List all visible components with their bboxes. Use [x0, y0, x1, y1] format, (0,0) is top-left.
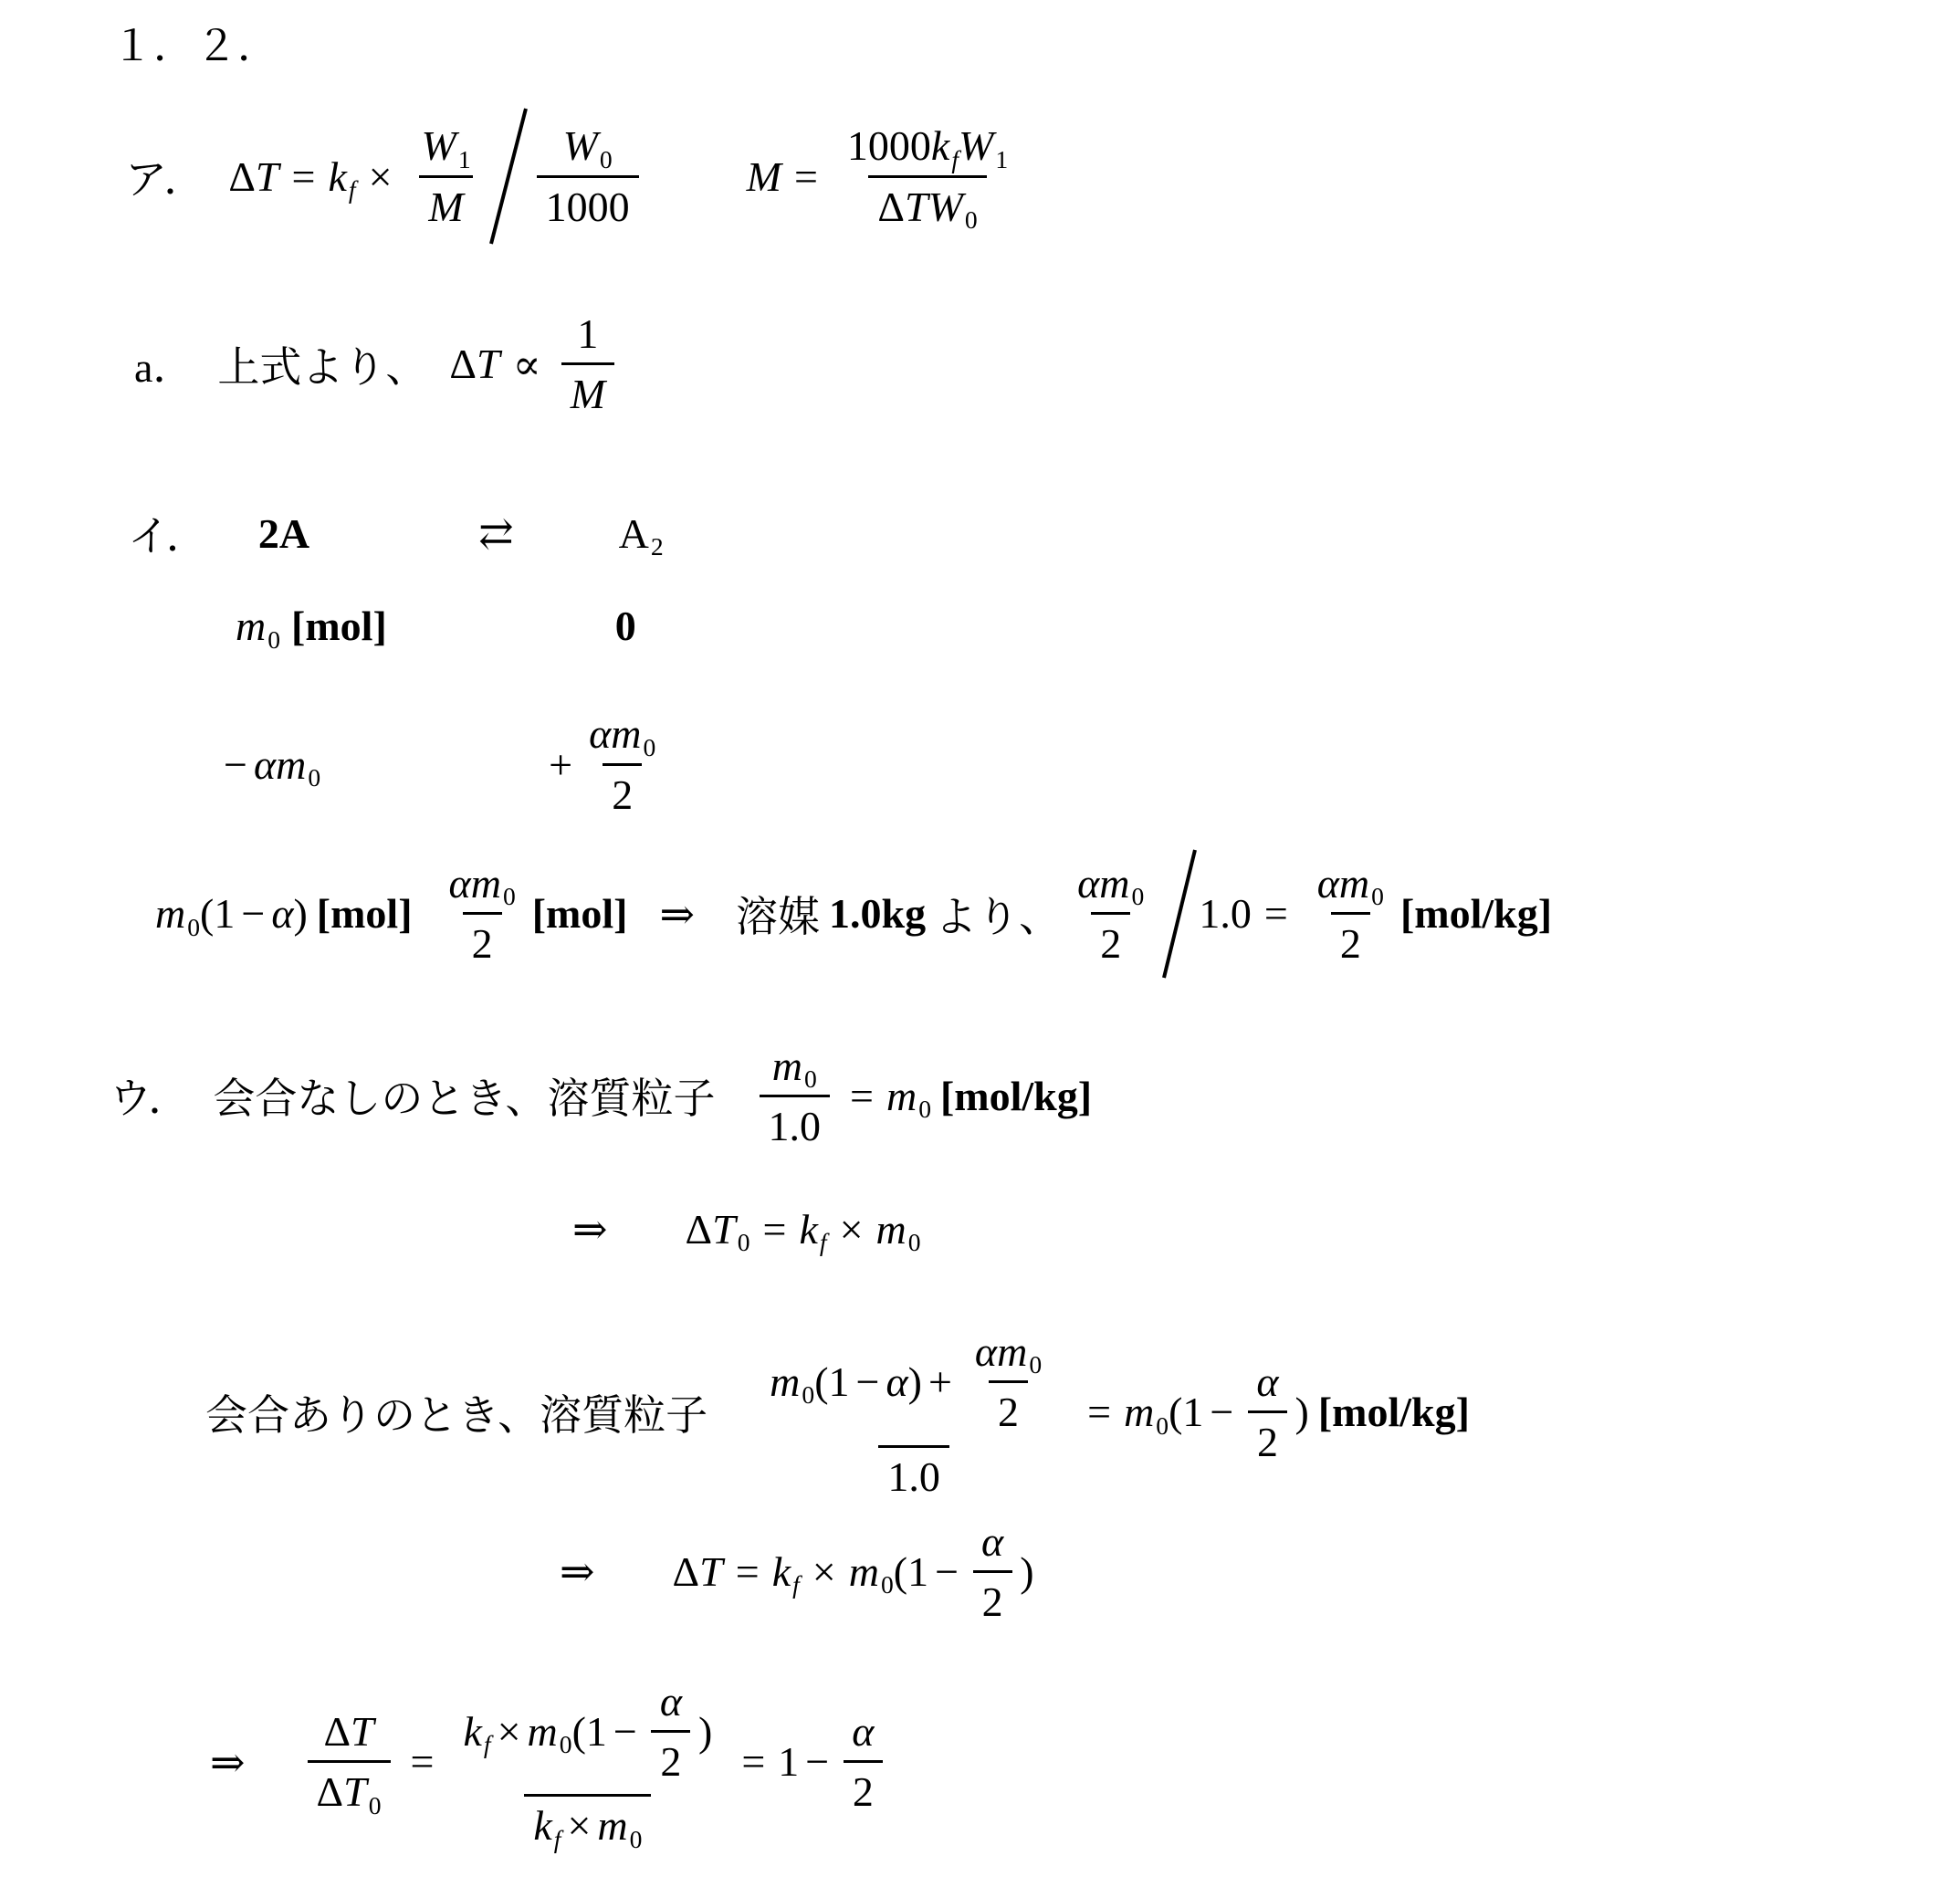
jp-with-association-text: 会合ありのとき、溶質粒子 — [205, 1382, 707, 1442]
var-M: M — [428, 182, 463, 232]
fraction-ratio-expression: kf × m0 (1− α 2 ) kf × m0 — [454, 1669, 721, 1855]
fraction-alpha-m0-over-2: αm0 2 — [580, 705, 665, 823]
implies-arrow: ⇒ — [560, 1547, 595, 1596]
number-zero: 0 — [615, 602, 636, 650]
times-sign: × — [840, 1205, 864, 1253]
number-2: 2 — [472, 918, 493, 969]
equals-sign: = — [1087, 1388, 1111, 1436]
fraction-1000kfW1-over-dTW0: 1000 kf W1 ΔT W0 — [838, 117, 1017, 235]
section-numbers: １．２． — [111, 13, 279, 73]
fraction-alpha-m0-over-2: αm0 2 — [1068, 855, 1153, 972]
initial-amounts-line: m0 [mol] 0 — [0, 602, 1960, 650]
var-kf: kf — [799, 1205, 826, 1253]
jp-solvent-text: 溶媒 — [736, 884, 820, 944]
reaction-header-line: イ． 2A ⇄ A2 — [0, 503, 1960, 563]
var-W1: W1 — [422, 121, 471, 171]
var-kf: kf — [328, 152, 355, 201]
var-m0: m0 — [236, 602, 280, 650]
implies-arrow: ⇒ — [572, 1204, 608, 1253]
unit-mol-per-kg: [mol/kg] — [1400, 889, 1552, 938]
item-label-small-a: a． — [134, 334, 194, 394]
var-W0: W0 — [563, 121, 613, 171]
var-delta-T0: ΔT0 — [686, 1205, 750, 1253]
var-delta-T: ΔT — [449, 340, 499, 388]
fraction-1-over-M: 1 M — [561, 305, 614, 423]
header-line: １．２． — [0, 13, 1960, 73]
equals-sign: = — [741, 1737, 765, 1786]
var-alpha: α — [1256, 1357, 1278, 1407]
close-paren: ) — [698, 1706, 712, 1756]
var-m0: m0 — [886, 1072, 931, 1120]
division-slash — [487, 104, 529, 248]
var-delta-T0: ΔT0 — [317, 1767, 382, 1817]
item-label-a: ア． — [125, 146, 205, 206]
number-2: 2 — [1340, 918, 1361, 969]
times-sign: × — [567, 1800, 591, 1851]
result-no-association-line: ⇒ ΔT0 = kf × m0 — [0, 1204, 1960, 1253]
times-sign: × — [369, 152, 393, 201]
var-delta-T: ΔT — [877, 182, 928, 232]
close-paren: ) — [1020, 1547, 1033, 1596]
equals-sign: = — [850, 1072, 874, 1120]
item-label-u: ウ． — [110, 1065, 190, 1126]
implies-arrow: ⇒ — [659, 889, 695, 938]
var-alpha-m0: αm0 — [449, 858, 516, 908]
minus-sign: − — [805, 1737, 829, 1786]
var-M: M — [747, 152, 781, 201]
proportional-sign: ∝ — [513, 340, 541, 389]
var-m0: m0 — [849, 1547, 894, 1596]
fraction-W1-over-M: W1 M — [413, 117, 480, 235]
times-sign: × — [812, 1547, 836, 1596]
species-2A: 2A — [258, 509, 309, 558]
group-one-minus-alpha: (1−α) — [814, 1357, 922, 1407]
fraction-dT-over-dT0: ΔT ΔT0 — [308, 1703, 391, 1820]
fraction-alpha-over-2: α 2 — [651, 1673, 691, 1790]
formula-line-u: ウ． 会合なしのとき、溶質粒子 m0 1.0 = m0 [mol/kg] — [0, 1037, 1960, 1155]
equals-sign: = — [292, 152, 316, 201]
result-association-line: ⇒ ΔT = kf × m0 (1− α 2 ) — [0, 1513, 1960, 1631]
equals-sign: = — [411, 1737, 435, 1786]
var-M: M — [571, 369, 605, 419]
close-paren: ) — [1295, 1388, 1309, 1436]
fraction-alpha-over-2: α 2 — [1247, 1353, 1287, 1471]
var-m0: m0 — [597, 1800, 642, 1851]
equals-sign: = — [736, 1547, 760, 1596]
number-2: 2 — [853, 1767, 874, 1817]
equilibrium-arrow: ⇄ — [478, 509, 514, 558]
implies-arrow: ⇒ — [210, 1737, 246, 1787]
unit-mol: [mol] — [317, 889, 413, 938]
number-2: 2 — [612, 770, 633, 820]
number-1-0: 1.0 — [1199, 889, 1252, 938]
var-m0: m0 — [1124, 1388, 1169, 1436]
number-2: 2 — [660, 1736, 681, 1787]
fraction-m0-over-1-0: m0 1.0 — [760, 1037, 831, 1155]
item-label-i: イ． — [128, 503, 208, 563]
fraction-alpha-m0-over-2: αm0 2 — [966, 1323, 1051, 1441]
number-2: 2 — [1100, 918, 1121, 969]
group-open-one-minus: (1− — [1169, 1388, 1240, 1436]
var-m0: m0 — [772, 1041, 817, 1091]
change-amounts-line: − αm0 + αm0 2 — [0, 705, 1960, 823]
equilibrium-amounts-line: m0 (1−α) [mol] αm0 2 [mol] ⇒ 溶媒 1.0kg より… — [0, 845, 1960, 982]
final-ratio-line: ⇒ ΔT ΔT0 = kf × m0 (1− α 2 ) kf × m0 = 1… — [0, 1669, 1960, 1855]
equals-sign: = — [763, 1205, 787, 1253]
species-A2: A2 — [619, 509, 664, 558]
fraction-alpha-m0-over-2: αm0 2 — [440, 855, 525, 972]
number-1: 1 — [577, 309, 598, 359]
var-delta-T: ΔT — [673, 1547, 723, 1596]
number-2: 2 — [982, 1577, 1003, 1627]
var-alpha-m0: αm0 — [254, 740, 320, 789]
fraction-alpha-over-2: α 2 — [972, 1513, 1012, 1631]
equals-sign: = — [1264, 889, 1288, 938]
minus-sign: − — [224, 740, 247, 789]
var-m0: m0 — [528, 1706, 572, 1756]
jp-from-above-text: 上式より、 — [217, 334, 427, 394]
group-one-minus-alpha: (1−α) — [200, 889, 308, 938]
var-kf: kf — [931, 121, 959, 171]
var-alpha-m0: αm0 — [1077, 858, 1144, 908]
var-alpha: α — [660, 1676, 682, 1726]
unit-mol-per-kg: [mol/kg] — [1318, 1388, 1470, 1436]
jp-no-association-text: 会合なしのとき、溶質粒子 — [213, 1065, 715, 1126]
var-W0: W0 — [928, 182, 978, 232]
number-1000: 1000 — [546, 182, 630, 232]
var-W1: W1 — [959, 121, 1008, 171]
var-alpha-m0: αm0 — [589, 708, 655, 759]
plus-sign: + — [928, 1357, 952, 1407]
plus-sign: + — [549, 740, 572, 789]
fraction-total-particles-over-1-0: m0 (1−α) + αm0 2 1.0 — [760, 1319, 1067, 1505]
unit-mol: [mol] — [291, 602, 387, 650]
number-1-0: 1.0 — [769, 1101, 822, 1151]
var-kf: kf — [533, 1800, 561, 1851]
var-m0: m0 — [155, 889, 200, 938]
solvent-mass: 1.0kg — [829, 889, 926, 938]
group-open-one-minus: (1− — [894, 1547, 965, 1596]
number-1000: 1000 — [847, 121, 931, 171]
fraction-alpha-over-2: α 2 — [843, 1703, 883, 1820]
fraction-alpha-m0-over-2: αm0 2 — [1308, 855, 1393, 972]
var-m0: m0 — [770, 1357, 814, 1407]
equals-sign: = — [794, 152, 818, 201]
var-delta-T: ΔT — [323, 1706, 373, 1756]
association-case-line: 会合ありのとき、溶質粒子 m0 (1−α) + αm0 2 1.0 = m0 (… — [0, 1319, 1960, 1505]
unit-mol: [mol] — [532, 889, 628, 938]
formula-line-small-a: a． 上式より、 ΔT ∝ 1 M — [0, 305, 1960, 423]
group-open-one-minus: (1− — [572, 1706, 644, 1756]
jp-yori-text: より、 — [935, 884, 1061, 944]
number-2: 2 — [998, 1387, 1019, 1437]
var-kf: kf — [463, 1706, 490, 1756]
var-alpha: α — [981, 1516, 1003, 1567]
var-m0: m0 — [876, 1205, 921, 1253]
times-sign: × — [498, 1706, 521, 1756]
unit-mol-per-kg: [mol/kg] — [940, 1072, 1092, 1120]
var-alpha-m0: αm0 — [975, 1326, 1042, 1377]
formula-line-a: ア． ΔT = kf × W1 M W0 1000 M = 1000 kf W1… — [0, 104, 1960, 248]
var-alpha: α — [852, 1706, 874, 1756]
number-1: 1 — [778, 1737, 799, 1786]
number-2: 2 — [1257, 1417, 1278, 1467]
var-delta-T: ΔT — [228, 152, 278, 201]
fraction-W0-over-1000: W0 1000 — [537, 117, 639, 235]
division-slash — [1160, 845, 1199, 982]
var-alpha-m0: αm0 — [1317, 858, 1384, 908]
number-1-0: 1.0 — [887, 1452, 940, 1502]
var-kf: kf — [772, 1547, 800, 1596]
